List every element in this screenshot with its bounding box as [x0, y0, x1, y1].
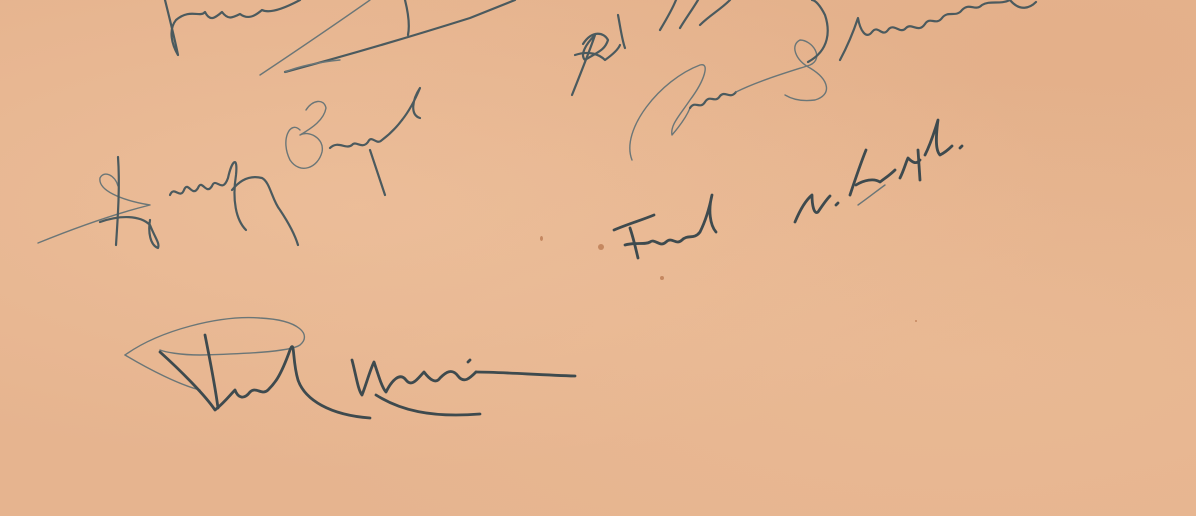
signature-best-wishes — [572, 0, 730, 95]
signature-paul-muni — [125, 318, 575, 418]
autograph-paper: John ... Best wishes Ann Sheridan Humphr… — [0, 0, 1196, 516]
signatures-ink-layer — [0, 0, 1196, 516]
signature-john — [165, 0, 515, 75]
signature-ann-sheridan — [630, 0, 1036, 160]
signature-humphrey-bogart — [38, 88, 420, 248]
signature-frank-mchugh — [614, 120, 962, 258]
